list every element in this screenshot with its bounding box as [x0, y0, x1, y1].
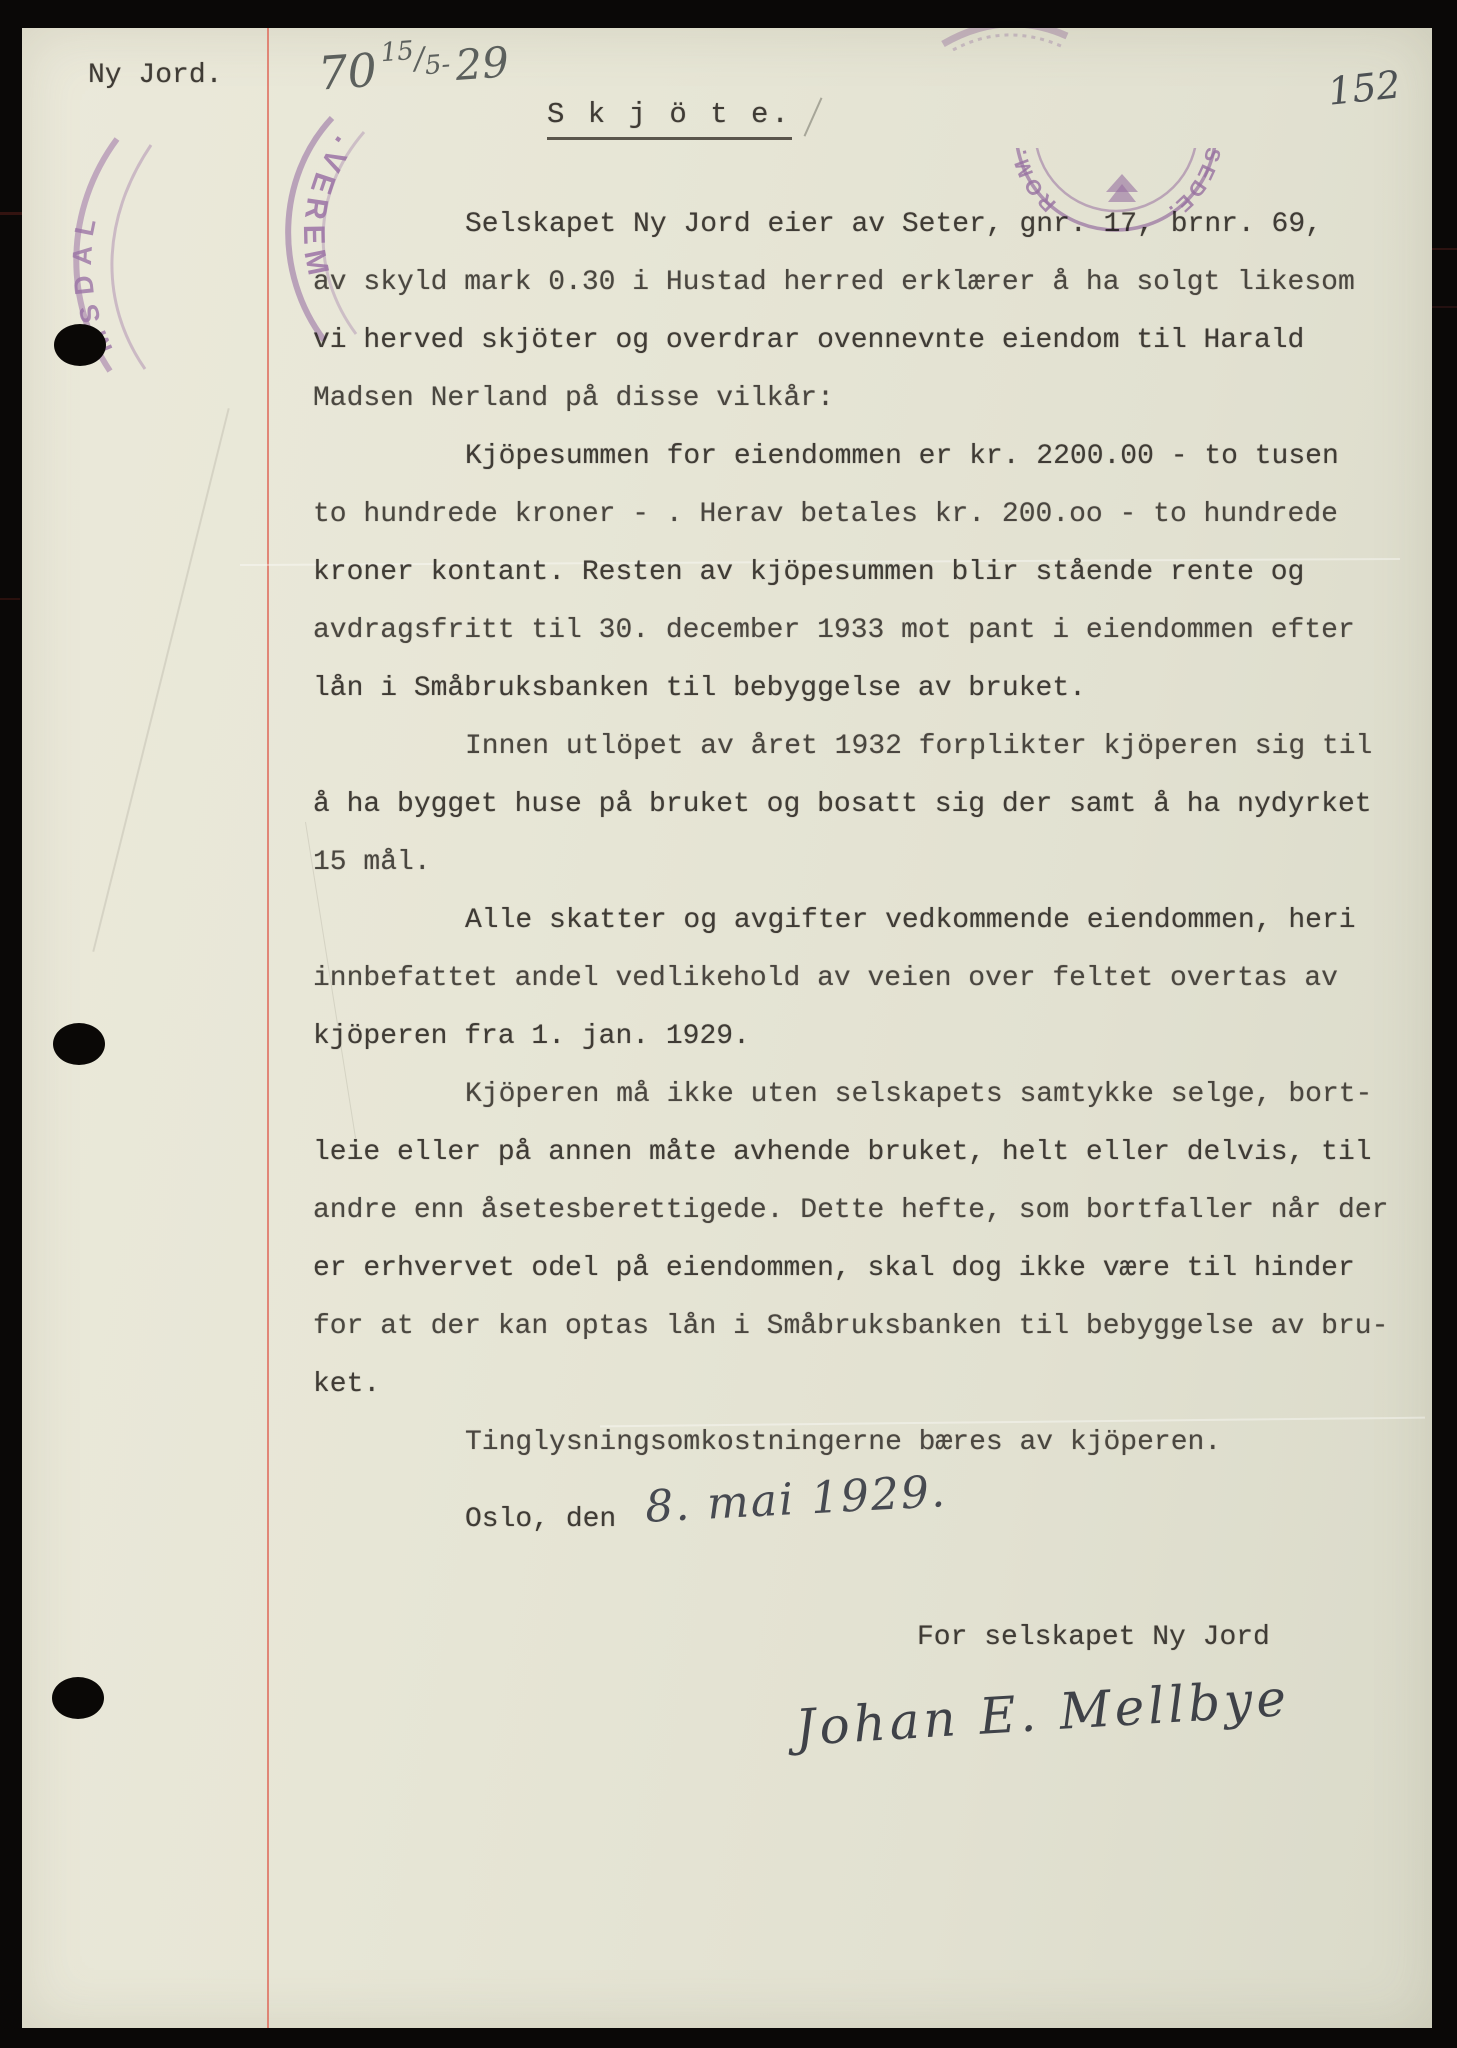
typed-line: Madsen Nerland på disse vilkår:: [313, 370, 1408, 428]
body-lines: Selskapet Ny Jord eier av Seter, gnr. 17…: [313, 196, 1408, 1472]
typed-line: kjöperen fra 1. jan. 1929.: [313, 1008, 1408, 1066]
typed-line: avdragsfritt til 30. december 1933 mot p…: [313, 602, 1408, 660]
scan-streak: [0, 598, 20, 600]
typed-line: Selskapet Ny Jord eier av Seter, gnr. 17…: [313, 196, 1408, 254]
punch-hole: [54, 324, 106, 366]
punch-hole: [52, 1677, 104, 1719]
typed-line: andre enn åsetesberettigede. Dette hefte…: [313, 1182, 1408, 1240]
scan-streak: [1432, 306, 1457, 308]
journal-date-fraction: 15/5-: [380, 39, 451, 79]
typed-line: innbefattet andel vedlikehold av veien o…: [313, 950, 1408, 1008]
typed-line: leie eller på annen måte avhende bruket,…: [313, 1124, 1408, 1182]
typed-line: ket.: [313, 1356, 1408, 1414]
typed-line: lån i Småbruksbanken til bebyggelse av b…: [313, 660, 1408, 718]
dateline-typed: Oslo, den: [465, 1506, 616, 1534]
typed-line: Alle skatter og avgifter vedkommende eie…: [313, 892, 1408, 950]
typed-line: Innen utlöpet av året 1932 forplikter kj…: [313, 718, 1408, 776]
scan-streak: [1432, 248, 1457, 250]
typed-line: for at der kan optas lån i Småbruksbanke…: [313, 1298, 1408, 1356]
page-number: 152: [1326, 62, 1403, 113]
typed-line: av skyld mark 0.30 i Hustad herred erklæ…: [313, 254, 1408, 312]
typed-line: å ha bygget huse på bruket og bosatt sig…: [313, 776, 1408, 834]
round-stamp: SEDE. ROM.: [1008, 148, 1223, 258]
journal-date-year: 29: [454, 37, 511, 90]
signoff-line: For selskapet Ny Jord: [917, 1624, 1270, 1652]
typed-line: Kjöpesummen for eiendommen er kr. 2200.0…: [313, 428, 1408, 486]
oval-stamp-fragment-middle: .VEREM: [260, 116, 370, 344]
document-title: S k j ö t e.: [547, 98, 792, 140]
journal-date-day: 15: [380, 36, 415, 68]
typed-line: Tinglysningsomkostningerne bæres av kjöp…: [313, 1414, 1408, 1472]
typed-line: Kjöperen må ikke uten selskapets samtykk…: [313, 1066, 1408, 1124]
scan-streak: [0, 212, 22, 215]
typed-line: er erhvervet odel på eiendommen, skal do…: [313, 1240, 1408, 1298]
margin-label: Ny Jord.: [88, 60, 222, 91]
typed-line: kroner kontant. Resten av kjöpesummen bl…: [313, 544, 1408, 602]
journal-date-month: 5-: [424, 49, 451, 81]
punch-hole: [53, 1023, 105, 1065]
typed-line: to hundrede kroner - . Herav betales kr.…: [313, 486, 1408, 544]
top-edge-stamp-fragment: [935, 6, 1075, 51]
archive-scan-page: Ny Jord. 70 15/5- 29 152 S k j ö t e. Se…: [0, 0, 1457, 2048]
typed-line: 15 mål.: [313, 834, 1408, 892]
typed-line: vi herved skjöter og overdrar ovennevnte…: [313, 312, 1408, 370]
journal-number: 70: [316, 43, 378, 101]
